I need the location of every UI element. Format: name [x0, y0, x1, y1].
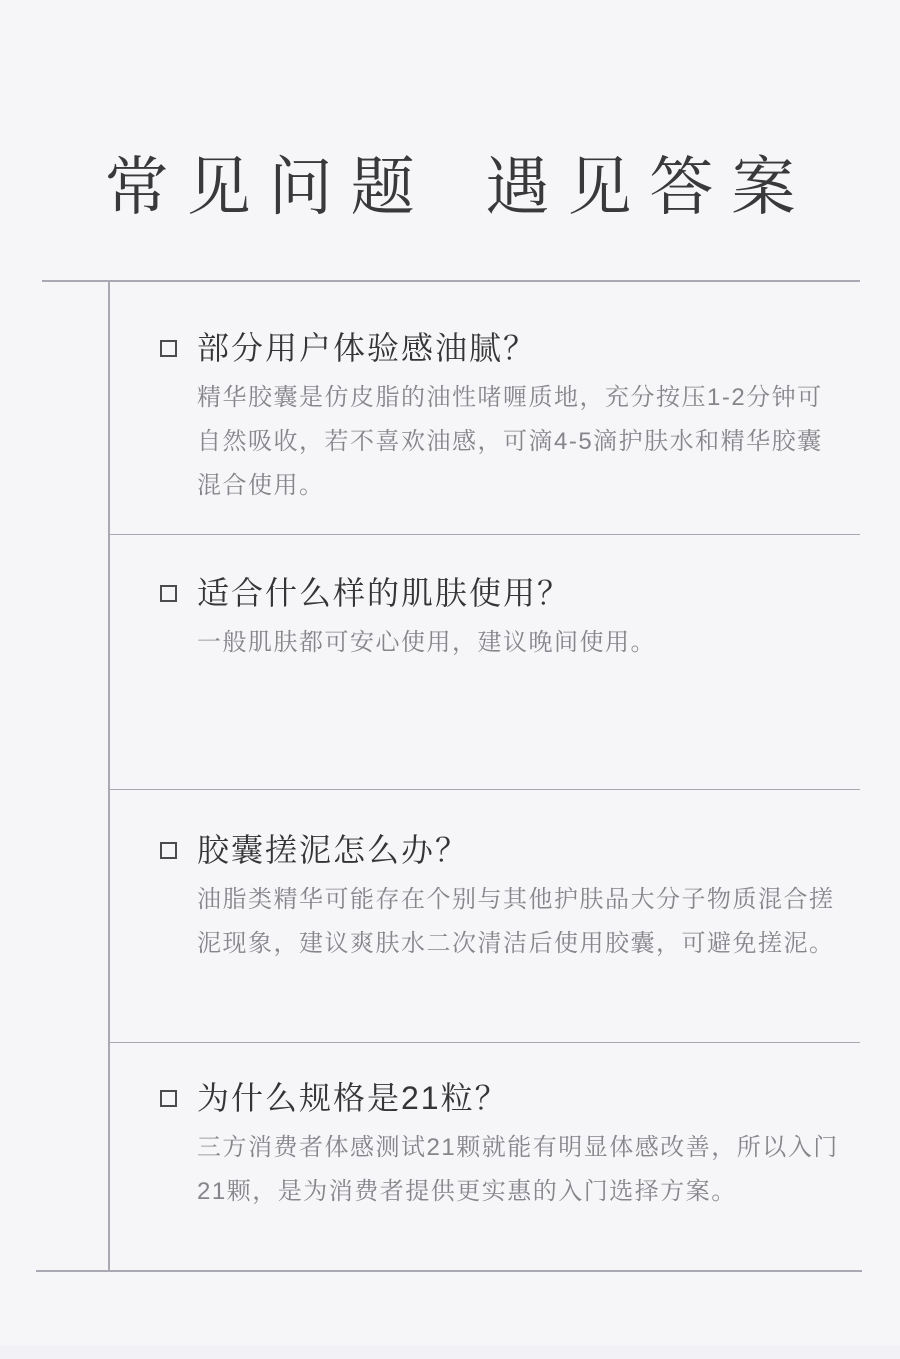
answer-text: 精华胶囊是仿皮脂的油性啫喱质地，充分按压1-2分钟可自然吸收，若不喜欢油感，可滴…: [197, 376, 839, 508]
faq-item: 部分用户体验感油腻？ 精华胶囊是仿皮脂的油性啫喱质地，充分按压1-2分钟可自然吸…: [160, 326, 862, 508]
footer-band: [0, 1346, 900, 1359]
square-bullet-icon: [160, 1090, 177, 1107]
square-bullet-icon: [160, 340, 177, 357]
faq-item: 适合什么样的肌肤使用？ 一般肌肤都可安心使用，建议晚间使用。: [160, 571, 862, 665]
page-title: 常见问题 遇见答案: [0, 155, 900, 219]
question-text: 部分用户体验感油腻？: [197, 326, 537, 370]
answer-text: 三方消费者体感测试21颗就能有明显体感改善，所以入门21颗，是为消费者提供更实惠…: [197, 1126, 839, 1214]
item-divider: [110, 534, 860, 535]
faq-item: 胶囊搓泥怎么办？ 油脂类精华可能存在个别与其他护肤品大分子物质混合搓泥现象，建议…: [160, 828, 862, 966]
bottom-divider: [36, 1270, 862, 1272]
item-divider: [110, 1042, 860, 1043]
top-divider: [42, 280, 860, 282]
question-row: 部分用户体验感油腻？: [160, 326, 862, 370]
question-row: 为什么规格是21粒？: [160, 1076, 862, 1120]
vertical-divider: [108, 280, 110, 1272]
question-row: 胶囊搓泥怎么办？: [160, 828, 862, 872]
item-divider: [110, 789, 860, 790]
question-text: 适合什么样的肌肤使用？: [197, 571, 571, 615]
answer-text: 油脂类精华可能存在个别与其他护肤品大分子物质混合搓泥现象，建议爽肤水二次清洁后使…: [197, 878, 839, 966]
question-text: 胶囊搓泥怎么办？: [197, 828, 469, 872]
question-row: 适合什么样的肌肤使用？: [160, 571, 862, 615]
square-bullet-icon: [160, 842, 177, 859]
question-text: 为什么规格是21粒？: [197, 1076, 509, 1120]
answer-text: 一般肌肤都可安心使用，建议晚间使用。: [197, 621, 839, 665]
square-bullet-icon: [160, 585, 177, 602]
faq-page: 常见问题 遇见答案 部分用户体验感油腻？ 精华胶囊是仿皮脂的油性啫喱质地，充分按…: [0, 0, 900, 1359]
faq-item: 为什么规格是21粒？ 三方消费者体感测试21颗就能有明显体感改善，所以入门21颗…: [160, 1076, 862, 1214]
